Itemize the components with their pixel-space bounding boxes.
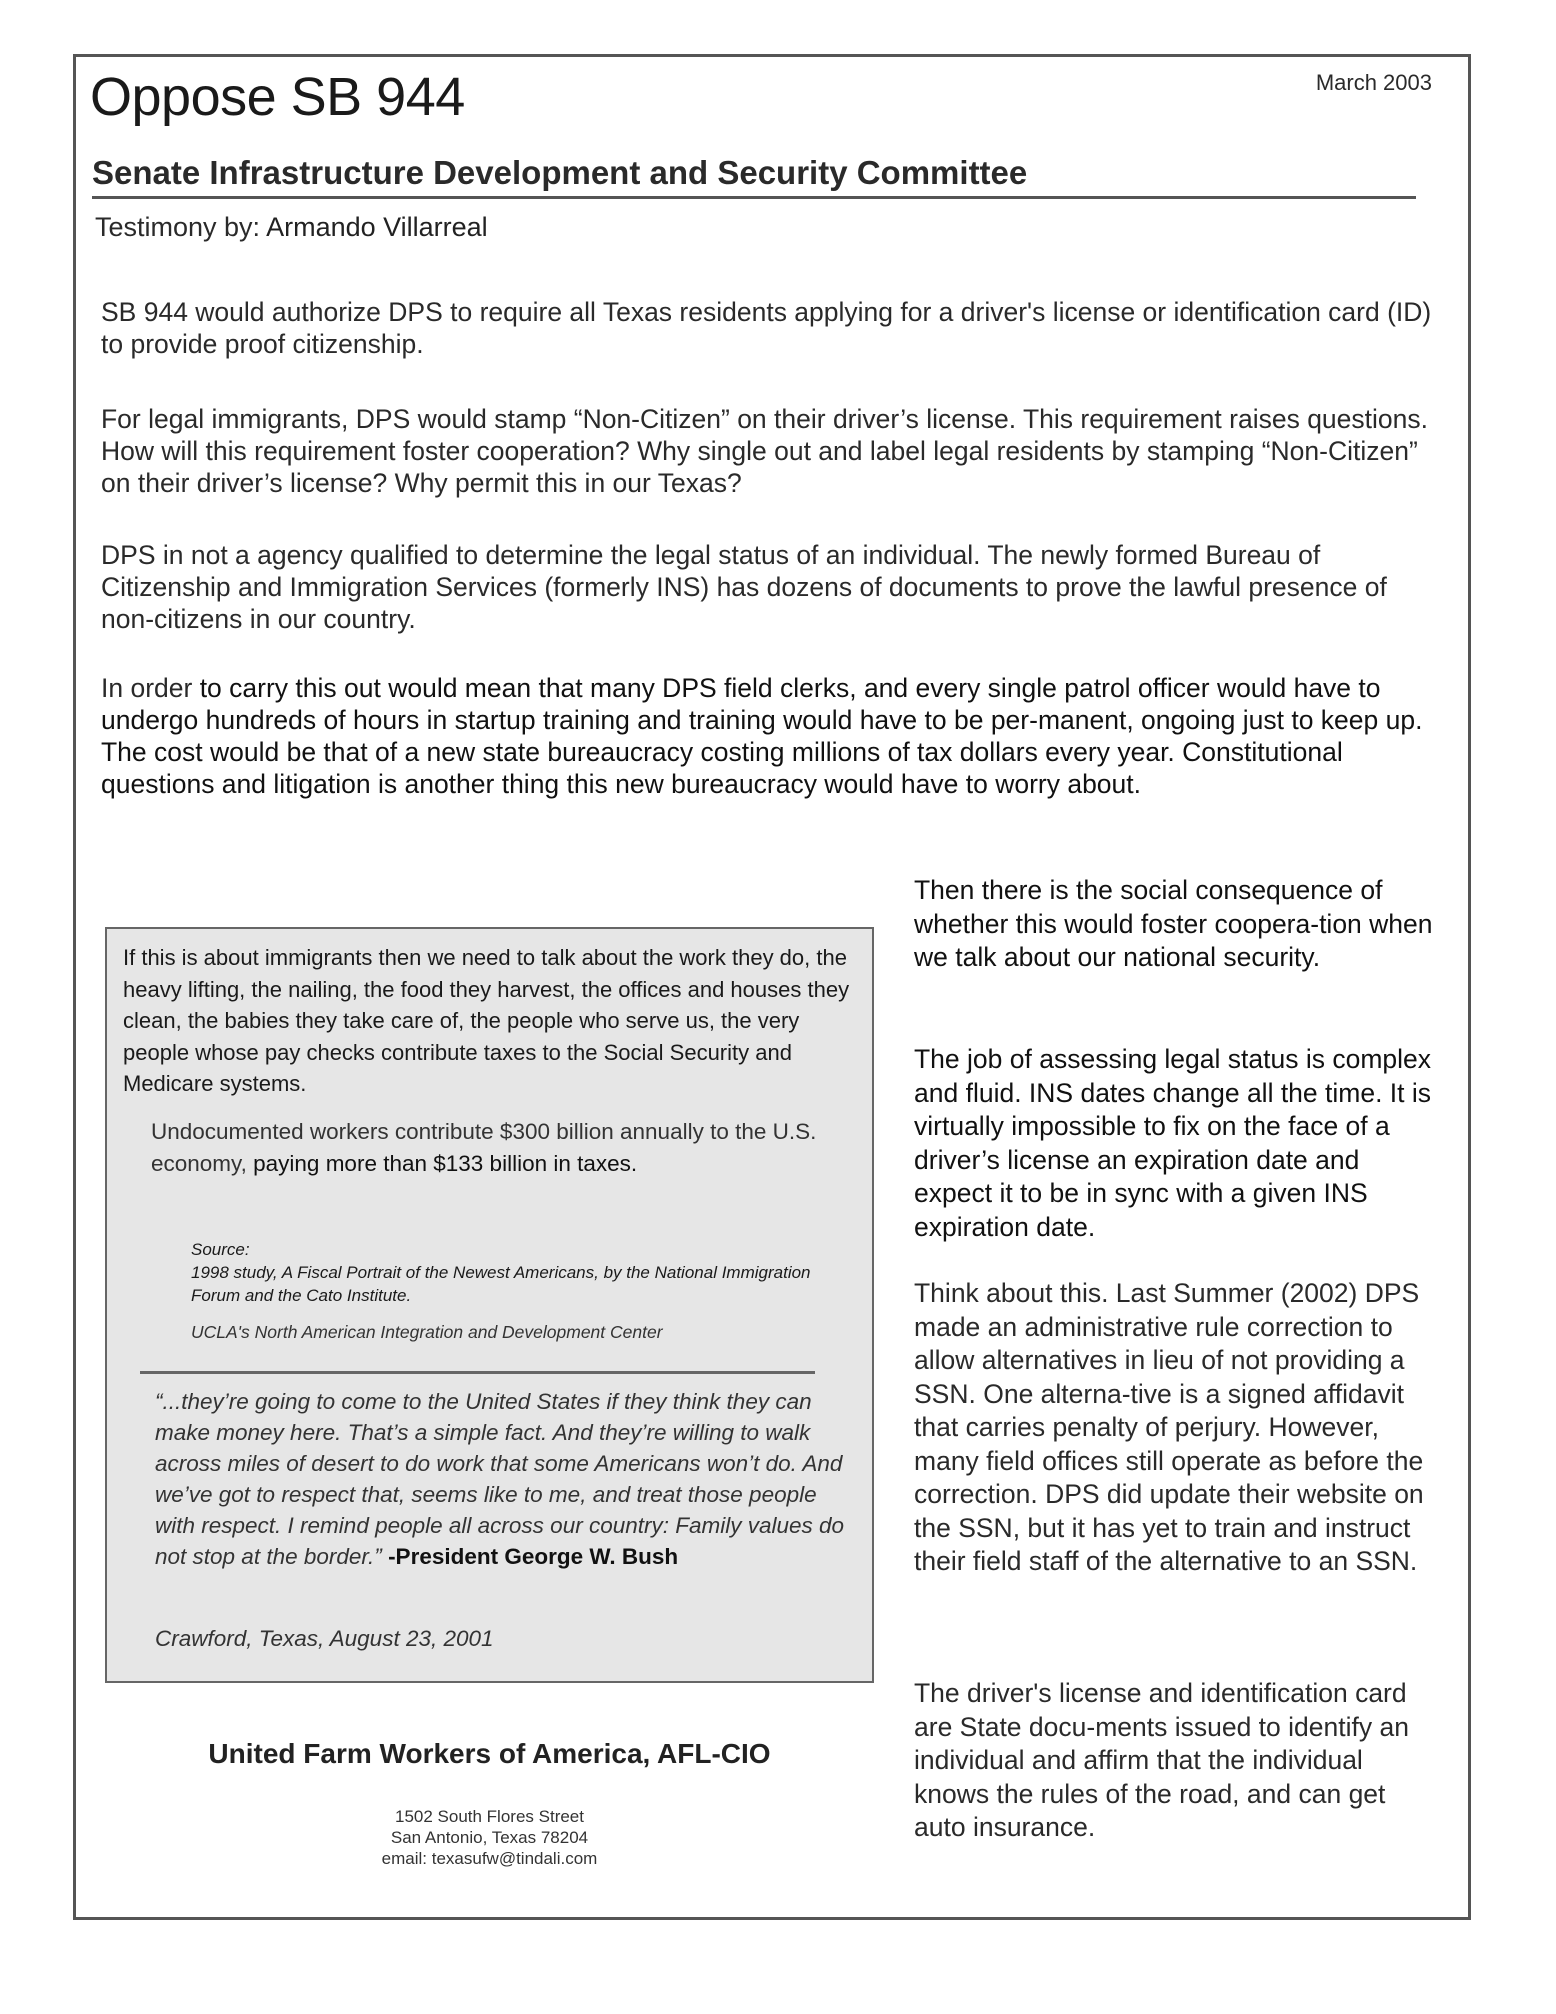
right-column-paragraph-4: The driver's license and identification … bbox=[914, 1677, 1444, 1845]
testimony-name: Armando Villarreal bbox=[266, 212, 488, 242]
testimony-label: Testimony by: bbox=[95, 212, 266, 242]
source-label: Source: bbox=[191, 1240, 250, 1259]
callout-divider bbox=[140, 1371, 815, 1374]
body-paragraph-4: In order to carry this out would mean th… bbox=[101, 672, 1446, 800]
address-city: San Antonio, Texas 78204 bbox=[391, 1828, 588, 1847]
organization-name: United Farm Workers of America, AFL-CIO bbox=[105, 1738, 874, 1770]
header-divider bbox=[92, 196, 1416, 199]
quote-place-date: Crawford, Texas, August 23, 2001 bbox=[155, 1626, 494, 1652]
callout-statistic: Undocumented workers contribute $300 bil… bbox=[151, 1116, 851, 1179]
page-title: Oppose SB 944 bbox=[90, 66, 465, 128]
testimony-line: Testimony by: Armando Villarreal bbox=[95, 212, 488, 243]
quote-text: “...they’re going to come to the United … bbox=[155, 1389, 844, 1569]
callout-intro: If this is about immigrants then we need… bbox=[123, 942, 863, 1100]
stat-strong: paying more than $133 billion in taxes. bbox=[253, 1151, 637, 1176]
right-column-paragraph-1: Then there is the social consequence of … bbox=[914, 874, 1444, 975]
source-text: 1998 study, A Fiscal Portrait of the New… bbox=[191, 1263, 811, 1305]
callout-quote: “...they’re going to come to the United … bbox=[155, 1386, 855, 1572]
quote-attribution: -President George W. Bush bbox=[388, 1544, 678, 1569]
document-date: March 2003 bbox=[1316, 70, 1432, 96]
body-paragraph-2: For legal immigrants, DPS would stamp “N… bbox=[101, 403, 1436, 499]
body-paragraph-3: DPS in not a agency qualified to determi… bbox=[101, 539, 1436, 635]
callout-source: Source:1998 study, A Fiscal Portrait of … bbox=[191, 1238, 841, 1307]
paragraph-4-lead: In order bbox=[101, 673, 192, 703]
address-email: email: texasufw@tindali.com bbox=[382, 1849, 598, 1868]
paragraph-4-rest: to carry this out would mean that many D… bbox=[101, 673, 1422, 799]
body-paragraph-1: SB 944 would authorize DPS to require al… bbox=[101, 296, 1436, 360]
right-column-paragraph-2: The job of assessing legal status is com… bbox=[914, 1043, 1444, 1244]
address-street: 1502 South Flores Street bbox=[395, 1807, 584, 1826]
callout-source-ucla: UCLA's North American Integration and De… bbox=[191, 1322, 663, 1343]
organization-address: 1502 South Flores Street San Antonio, Te… bbox=[105, 1806, 874, 1869]
committee-subtitle: Senate Infrastructure Development and Se… bbox=[92, 154, 1027, 192]
right-column-paragraph-3: Think about this. Last Summer (2002) DPS… bbox=[914, 1277, 1444, 1579]
